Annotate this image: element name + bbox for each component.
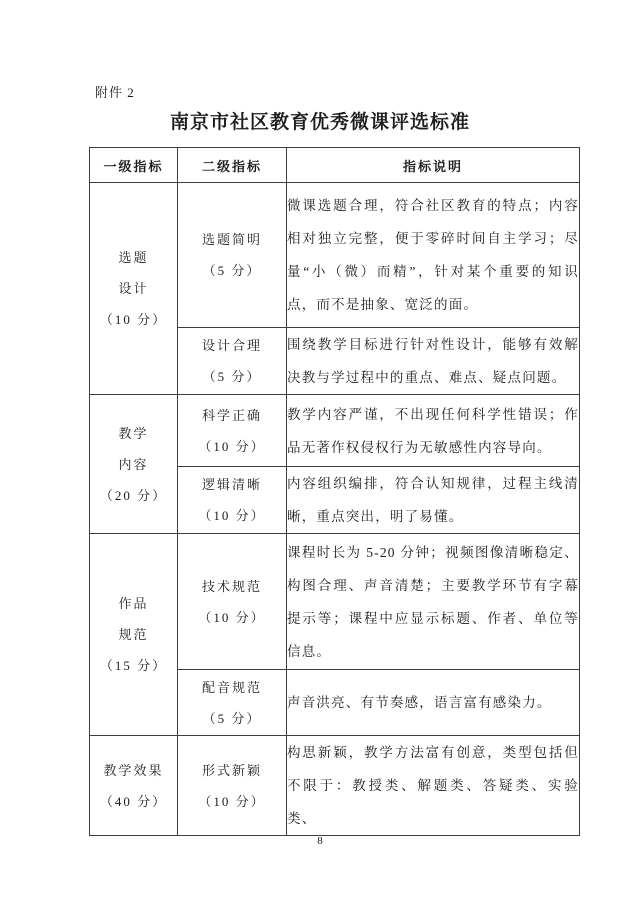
header-cell-level1: 一级指标 (90, 148, 178, 183)
table-row: 选题 设计 （10 分） 选题简明 （5 分） 微课选题合理，符合社区教育的特点… (90, 183, 580, 328)
attachment-label: 附件 2 (95, 82, 135, 101)
document-page: 附件 2 南京市社区教育优秀微课评选标准 一级指标 二级指标 指标说明 选题 设… (0, 0, 640, 905)
desc-cell-scientific-correct: 教学内容严谨，不出现任何科学性错误；作品无著作权侵权行为无敏感性内容导向。 (287, 395, 580, 467)
desc-cell-dubbing-standard: 声音洪亮、有节奏感，语言富有感染力。 (287, 670, 580, 736)
level2-cell-scientific-correct: 科学正确 （10 分） (178, 395, 287, 467)
document-title: 南京市社区教育优秀微课评选标准 (0, 107, 640, 134)
table-row: 教学 内容 （20 分） 科学正确 （10 分） 教学内容严谨，不出现任何科学性… (90, 395, 580, 467)
desc-cell-technical-standard: 课程时长为 5-20 分钟；视频图像清晰稳定、构图合理、声音清楚；主要教学环节有… (287, 534, 580, 670)
header-cell-level2: 二级指标 (178, 148, 287, 183)
level1-cell-topic-design: 选题 设计 （10 分） (90, 183, 178, 395)
table-row: 教学效果 （40 分） 形式新颖 （10 分） 构思新颖，教学方法富有创意，类型… (90, 736, 580, 836)
table-row: 作品 规范 （15 分） 技术规范 （10 分） 课程时长为 5-20 分钟；视… (90, 534, 580, 670)
level2-cell-novel-form: 形式新颖 （10 分） (178, 736, 287, 836)
level2-cell-logic-clear: 逻辑清晰 （10 分） (178, 467, 287, 534)
header-cell-description: 指标说明 (287, 148, 580, 183)
level2-cell-topic-concise: 选题简明 （5 分） (178, 183, 287, 328)
criteria-table: 一级指标 二级指标 指标说明 选题 设计 （10 分） 选题简明 （5 分） 微… (89, 147, 580, 836)
table-header-row: 一级指标 二级指标 指标说明 (90, 148, 580, 183)
level2-cell-technical-standard: 技术规范 （10 分） (178, 534, 287, 670)
desc-cell-topic-concise: 微课选题合理，符合社区教育的特点；内容相对独立完整，便于零碎时间自主学习；尽量“… (287, 183, 580, 328)
desc-cell-design-reasonable: 围绕教学目标进行针对性设计，能够有效解决教与学过程中的重点、难点、疑点问题。 (287, 328, 580, 395)
desc-cell-novel-form: 构思新颖，教学方法富有创意，类型包括但不限于：教授类、解题类、答疑类、实验类、 (287, 736, 580, 836)
level1-cell-teaching-content: 教学 内容 （20 分） (90, 395, 178, 534)
level1-cell-teaching-effect: 教学效果 （40 分） (90, 736, 178, 836)
level2-cell-design-reasonable: 设计合理 （5 分） (178, 328, 287, 395)
page-number: 8 (0, 835, 640, 847)
level1-cell-work-standard: 作品 规范 （15 分） (90, 534, 178, 736)
desc-cell-logic-clear: 内容组织编排，符合认知规律，过程主线清晰，重点突出，明了易懂。 (287, 467, 580, 534)
level2-cell-dubbing-standard: 配音规范 （5 分） (178, 670, 287, 736)
